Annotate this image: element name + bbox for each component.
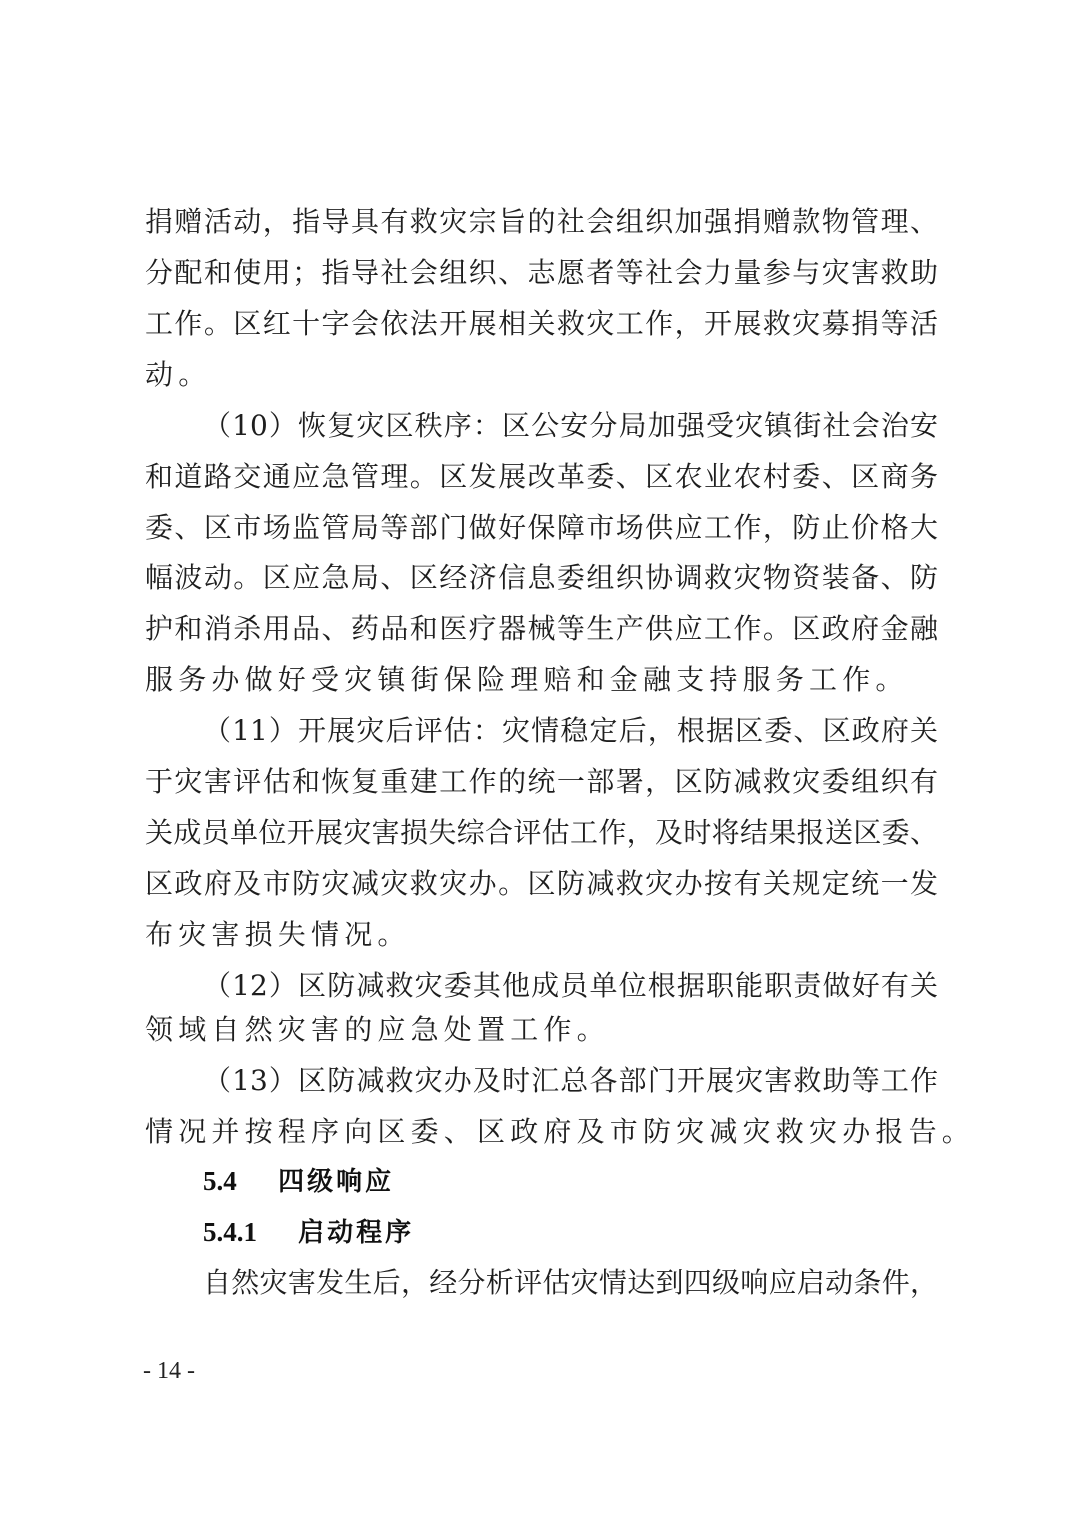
body-text-line: 分配和使用；指导社会组织、志愿者等社会力量参与灾害救助 xyxy=(145,253,938,293)
body-text-line: 动。 xyxy=(145,355,938,395)
section-number: 5.4.1 xyxy=(203,1212,289,1252)
section-number: 5.4 xyxy=(203,1161,269,1201)
body-text-line: 于灾害评估和恢复重建工作的统一部署，区防减救灾委组织有 xyxy=(145,762,938,802)
section-heading-5-4-1: 5.4.1 启动程序 xyxy=(203,1212,414,1252)
body-text-line: 领域自然灾害的应急处置工作。 xyxy=(145,1010,938,1050)
body-text-line: 捐赠活动，指导具有救灾宗旨的社会组织加强捐赠款物管理、 xyxy=(145,202,938,242)
body-text-line: 服务办做好受灾镇街保险理赔和金融支持服务工作。 xyxy=(145,660,938,700)
body-text-line: 护和消杀用品、药品和医疗器械等生产供应工作。区政府金融 xyxy=(145,609,938,649)
section-title: 四级响应 xyxy=(278,1167,394,1197)
body-text-line: 和道路交通应急管理。区发展改革委、区农业农村委、区商务 xyxy=(145,457,938,497)
paragraph-11-first-line: （11）开展灾后评估：灾情稳定后，根据区委、区政府关 xyxy=(203,711,938,751)
body-text-line: 自然灾害发生后，经分析评估灾情达到四级响应启动条件， xyxy=(203,1263,938,1303)
body-text-line: 关成员单位开展灾害损失综合评估工作，及时将结果报送区委、 xyxy=(145,813,938,853)
paragraph-10-first-line: （10）恢复灾区秩序：区公安分局加强受灾镇街社会治安 xyxy=(203,406,938,446)
paragraph-12-first-line: （12）区防减救灾委其他成员单位根据职能职责做好有关 xyxy=(203,966,938,1006)
body-text-line: 委、区市场监管局等部门做好保障市场供应工作，防止价格大 xyxy=(145,508,938,548)
body-text-line: 工作。区红十字会依法开展相关救灾工作，开展救灾募捐等活 xyxy=(145,304,938,344)
body-text-line: 情况并按程序向区委、区政府及市防灾减灾救灾办报告。 xyxy=(145,1112,938,1152)
body-text-line: 布灾害损失情况。 xyxy=(145,915,938,955)
paragraph-13-first-line: （13）区防减救灾办及时汇总各部门开展灾害救助等工作 xyxy=(203,1061,938,1101)
section-title: 启动程序 xyxy=(298,1218,414,1248)
page-number: - 14 - xyxy=(143,1358,195,1385)
body-text-line: 区政府及市防灾减灾救灾办。区防减救灾办按有关规定统一发 xyxy=(145,864,938,904)
body-text-line: 幅波动。区应急局、区经济信息委组织协调救灾物资装备、防 xyxy=(145,558,938,598)
section-heading-5-4: 5.4 四级响应 xyxy=(203,1161,394,1201)
document-page: 捐赠活动，指导具有救灾宗旨的社会组织加强捐赠款物管理、 分配和使用；指导社会组织… xyxy=(0,0,1074,1520)
